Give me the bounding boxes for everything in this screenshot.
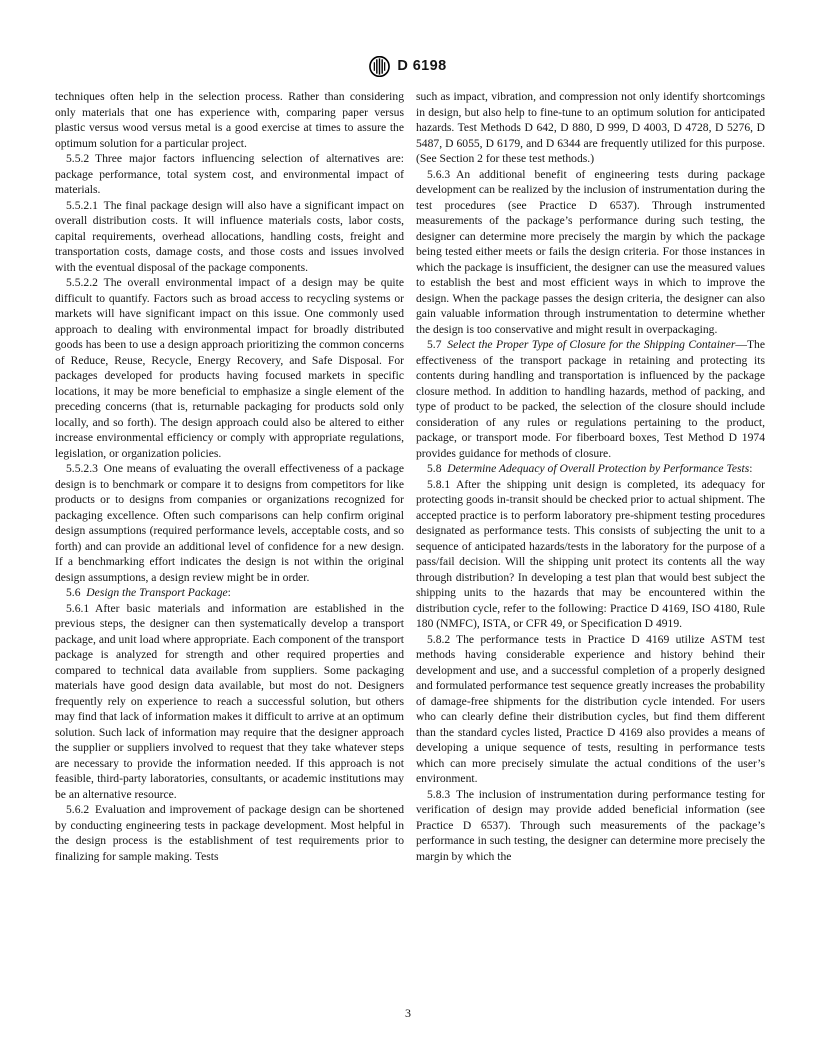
text-run: 5.5.2.2 The overall environmental impact…	[55, 276, 404, 460]
text-run: 5.6.1 After basic materials and informat…	[55, 602, 404, 801]
section-title-italic: Determine Adequacy of Overall Protection…	[447, 462, 749, 475]
text-run: 5.5.2.3 One means of evaluating the over…	[55, 462, 404, 584]
text-run: 5.6.3 An additional benefit of engineeri…	[416, 168, 765, 336]
text-run: 5.8.2 The performance tests in Practice …	[416, 633, 765, 786]
paragraph: 5.6.1 After basic materials and informat…	[55, 601, 404, 803]
page-header: D 6198	[0, 53, 816, 79]
document-body: techniques often help in the selection p…	[55, 89, 765, 864]
text-run: such as impact, vibration, and compressi…	[416, 90, 765, 165]
paragraph: 5.8.2 The performance tests in Practice …	[416, 632, 765, 787]
paragraph: 5.7 Select the Proper Type of Closure fo…	[416, 337, 765, 461]
text-run: 5.6.2 Evaluation and improvement of pack…	[55, 803, 404, 863]
text-run: :	[749, 462, 752, 475]
astm-logo-icon	[369, 56, 390, 77]
paragraph: 5.5.2.1 The final package design will al…	[55, 198, 404, 276]
paragraph: 5.8.3 The inclusion of instrumentation d…	[416, 787, 765, 865]
paragraph: 5.6 Design the Transport Package:	[55, 585, 404, 601]
section-title-italic: Select the Proper Type of Closure for th…	[447, 338, 735, 351]
text-run: 5.6	[66, 586, 86, 599]
standard-designation: D 6198	[397, 58, 446, 74]
paragraph: such as impact, vibration, and compressi…	[416, 89, 765, 167]
text-run: :	[228, 586, 231, 599]
text-run: —The effectiveness of the transport pack…	[416, 338, 765, 460]
text-run: techniques often help in the selection p…	[55, 90, 404, 150]
text-run: 5.7	[427, 338, 447, 351]
paragraph: 5.5.2.3 One means of evaluating the over…	[55, 461, 404, 585]
paragraph: 5.8 Determine Adequacy of Overall Protec…	[416, 461, 765, 477]
text-run: 5.8.3 The inclusion of instrumentation d…	[416, 788, 765, 863]
paragraph: 5.8.1 After the shipping unit design is …	[416, 477, 765, 632]
paragraph: 5.6.3 An additional benefit of engineeri…	[416, 167, 765, 338]
paragraph: 5.5.2.2 The overall environmental impact…	[55, 275, 404, 461]
text-run: 5.8.1 After the shipping unit design is …	[416, 478, 765, 631]
text-run: 5.5.2 Three major factors influencing se…	[55, 152, 404, 196]
left-column: techniques often help in the selection p…	[55, 89, 404, 864]
page-number: 3	[0, 1006, 816, 1021]
text-run: 5.5.2.1 The final package design will al…	[55, 199, 404, 274]
paragraph: 5.6.2 Evaluation and improvement of pack…	[55, 802, 404, 864]
paragraph: 5.5.2 Three major factors influencing se…	[55, 151, 404, 198]
section-title-italic: Design the Transport Package	[86, 586, 227, 599]
right-column: such as impact, vibration, and compressi…	[416, 89, 765, 864]
paragraph: techniques often help in the selection p…	[55, 89, 404, 151]
text-run: 5.8	[427, 462, 447, 475]
